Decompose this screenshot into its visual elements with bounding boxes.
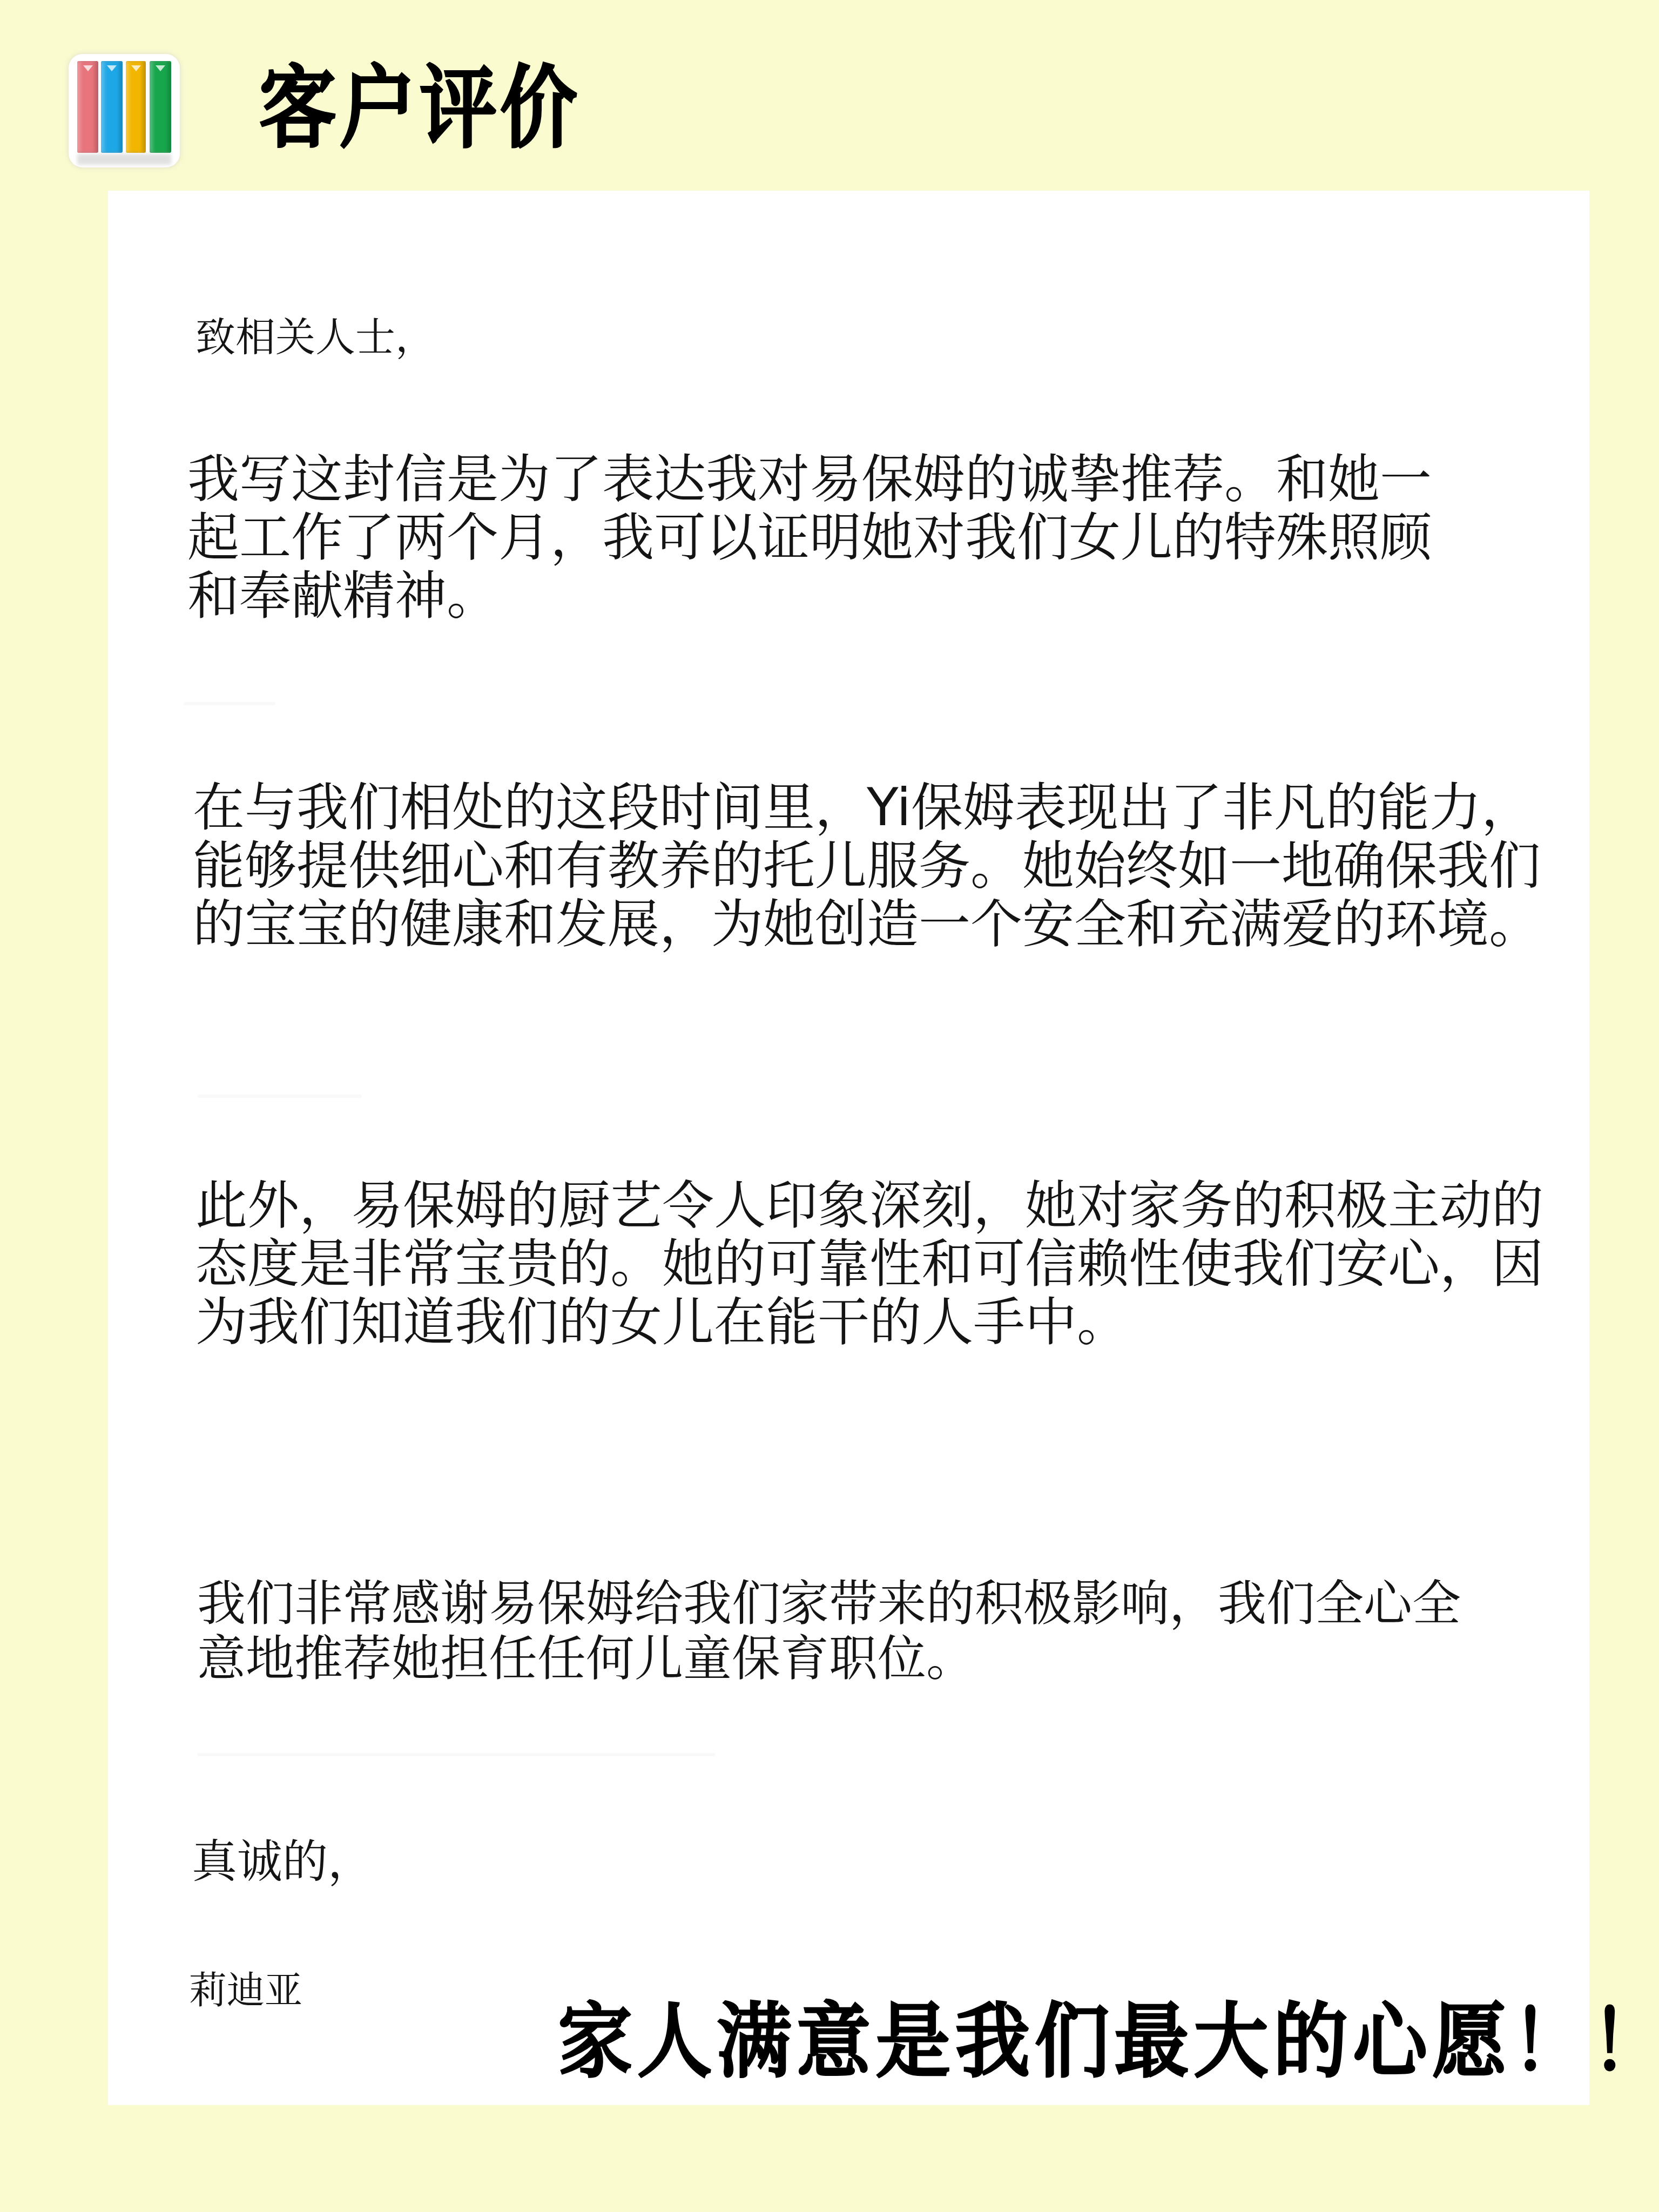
colored-bars-icon	[69, 54, 180, 167]
paragraph-line: 在与我们相处的这段时间里，Yi保姆表现出了非凡的能力，	[193, 778, 1541, 837]
paragraph-line: 为我们知道我们的女儿在能干的人手中。	[195, 1293, 1543, 1351]
paragraph-line: 的宝宝的健康和发展，为她创造一个安全和充满爱的环境。	[193, 895, 1541, 953]
yellow-bar-icon	[126, 61, 146, 153]
letter-paragraph-1: 我写这封信是为了表达我对易保姆的诚挚推荐。和她一 起工作了两个月，我可以证明她对…	[187, 450, 1432, 625]
blue-bar-icon	[101, 61, 123, 153]
paragraph-line: 态度是非常宝贵的。她的可靠性和可信赖性使我们安心，因	[195, 1235, 1543, 1293]
paragraph-line: 此外，易保姆的厨艺令人印象深刻，她对家务的积极主动的	[195, 1176, 1543, 1235]
slogan-banner: 家人满意是我们最大的心愿！！	[558, 2001, 1659, 2082]
paragraph-line: 我写这封信是为了表达我对易保姆的诚挚推荐。和她一	[187, 450, 1432, 508]
paragraph-line: 意地推荐她担任任何儿童保育职位。	[197, 1631, 1461, 1687]
paragraph-line: 和奉献精神。	[187, 567, 1432, 625]
paragraph-line: 起工作了两个月，我可以证明她对我们女儿的特殊照顾	[187, 508, 1432, 567]
scan-artifact	[197, 1753, 716, 1756]
paragraph-line: 能够提供细心和有教养的托儿服务。她始终如一地确保我们	[193, 837, 1541, 895]
letter-paragraph-2: 在与我们相处的这段时间里，Yi保姆表现出了非凡的能力， 能够提供细心和有教养的托…	[193, 778, 1541, 953]
page-title: 客户评价	[259, 64, 581, 153]
red-bar-icon	[77, 61, 98, 153]
scan-artifact	[184, 702, 275, 705]
letter-signature: 莉迪亚	[189, 1970, 302, 2011]
testimonial-letter-card: 致相关人士， 我写这封信是为了表达我对易保姆的诚挚推荐。和她一 起工作了两个月，…	[108, 191, 1589, 2105]
letter-paragraph-3: 此外，易保姆的厨艺令人印象深刻，她对家务的积极主动的 态度是非常宝贵的。她的可靠…	[195, 1176, 1543, 1351]
letter-closing: 真诚的，	[192, 1837, 373, 1886]
letter-greeting: 致相关人士，	[195, 316, 435, 359]
green-bar-icon	[150, 61, 171, 153]
letter-paragraph-4: 我们非常感谢易保姆给我们家带来的积极影响，我们全心全 意地推荐她担任任何儿童保育…	[197, 1576, 1461, 1687]
scan-artifact	[197, 1095, 362, 1098]
icon-reflection	[77, 154, 171, 165]
paragraph-line: 我们非常感谢易保姆给我们家带来的积极影响，我们全心全	[197, 1576, 1461, 1631]
